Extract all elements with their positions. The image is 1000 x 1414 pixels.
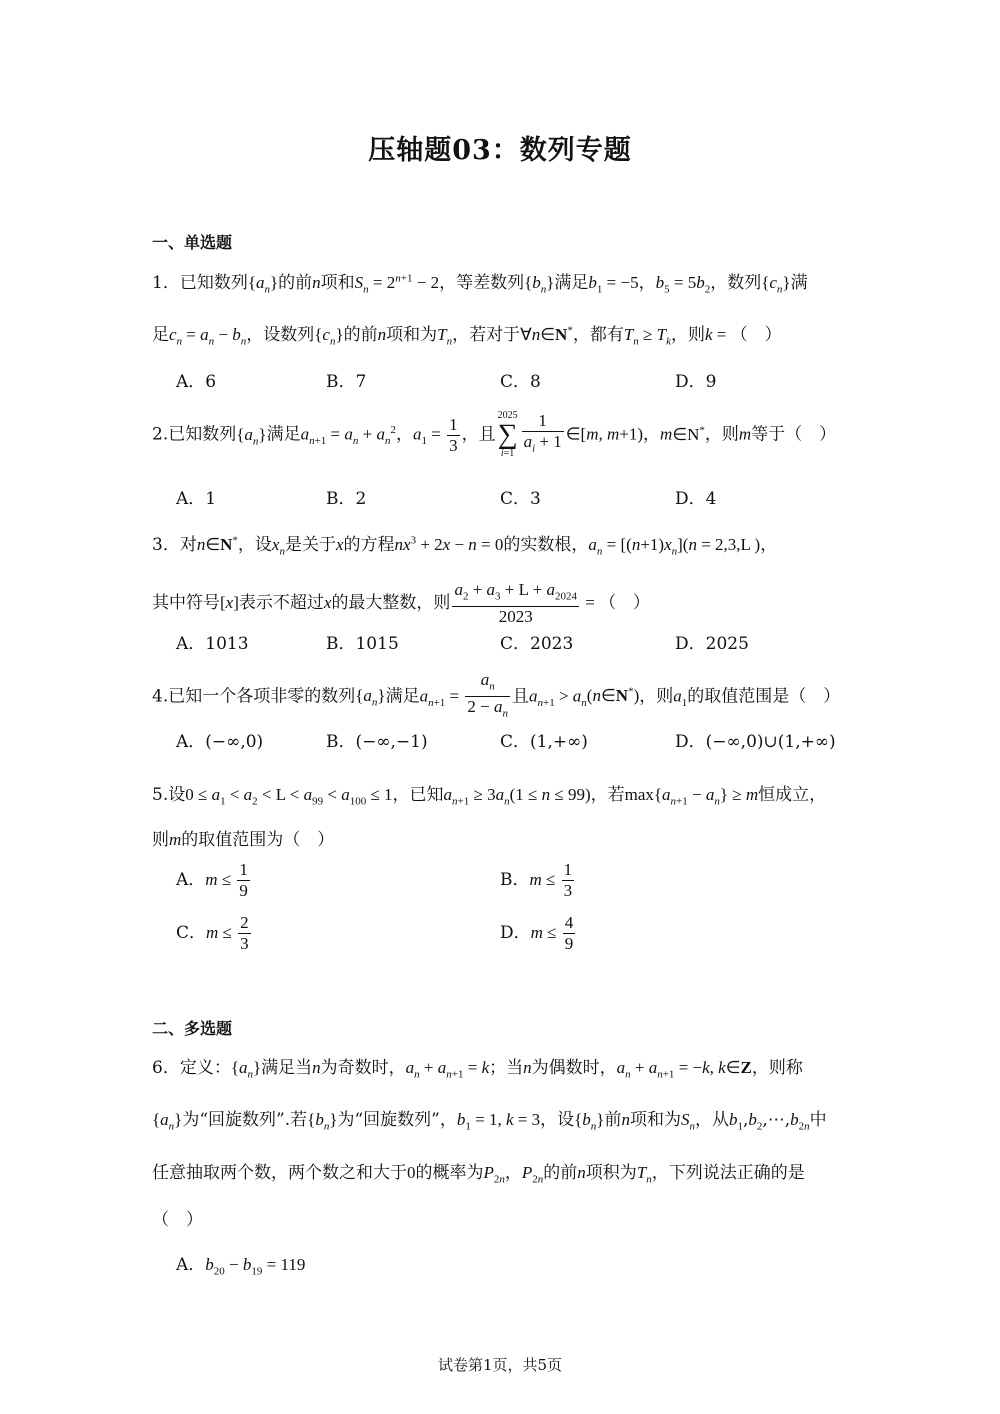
- q1-option-a: A．6: [176, 367, 216, 392]
- q1-option-b: B．7: [326, 367, 366, 392]
- question-number: 4.: [152, 686, 168, 706]
- question-6-line-1: 6．定义：{an}满足当n为奇数时，an + an+1 = k；当n为偶数时，a…: [152, 1053, 803, 1080]
- q3-option-b: B．1015: [326, 629, 399, 654]
- question-4-line-1: 4.已知一个各项非零的数列{an}满足an+1 = an2 − an且an+1 …: [152, 670, 840, 724]
- q4-option-b: B．(−∞,−1): [326, 727, 428, 752]
- question-number: 1．: [152, 273, 180, 293]
- q5-option-b: B．m ≤ 13: [500, 860, 576, 901]
- q5-option-c: C．m ≤ 23: [176, 913, 253, 954]
- q1-option-c: C．8: [500, 367, 541, 392]
- q3-option-c: C．2023: [500, 629, 573, 654]
- question-5-line-2: 则m的取值范围为（ ）: [152, 825, 334, 850]
- section-heading-single-choice: 一、单选题: [152, 230, 232, 253]
- question-number: 3．: [152, 535, 180, 555]
- question-number: 2.: [152, 425, 168, 445]
- q2-option-b: B．2: [326, 484, 366, 509]
- section-heading-multiple-choice: 二、多选题: [152, 1016, 232, 1039]
- q3-option-a: A．1013: [176, 629, 249, 654]
- page-title: 压轴题03：数列专题: [0, 128, 1000, 167]
- question-number: 5.: [152, 785, 168, 805]
- q2-option-d: D．4: [675, 484, 716, 509]
- question-3-line-2: 其中符号[x]表示不超过x的最大整数，则a2 + a3 + L + a20242…: [152, 580, 650, 627]
- question-2-line-1: 2.已知数列{an}满足an+1 = an + an2，a1 = 13，且202…: [152, 410, 836, 460]
- question-number: 6．: [152, 1058, 180, 1078]
- question-6-line-4: （ ）: [152, 1205, 203, 1230]
- q4-option-a: A．(−∞,0): [176, 727, 263, 752]
- question-1-line-1: 1．已知数列{an}的前n项和Sn = 2n+1 − 2，等差数列{bn}满足b…: [152, 268, 808, 295]
- q4-option-c: C．(1,+∞): [500, 727, 588, 752]
- question-1-line-2: 足cn = an − bn，设数列{cn}的前n项和为Tn，若对于∀n∈N*，都…: [152, 320, 782, 347]
- exam-page: 压轴题03：数列专题 一、单选题 1．已知数列{an}的前n项和Sn = 2n+…: [0, 0, 1000, 1414]
- question-3-line-1: 3．对n∈N*，设xn是关于x的方程nx3 + 2x − n = 0的实数根，a…: [152, 530, 777, 557]
- page-footer: 试卷第1页，共5页: [0, 1354, 1000, 1375]
- q4-option-d: D．(−∞,0)∪(1,+∞): [675, 727, 836, 752]
- question-5-line-1: 5.设0 ≤ a1 < a2 < L < a99 < a100 ≤ 1，已知an…: [152, 780, 826, 807]
- q5-option-d: D．m ≤ 49: [500, 913, 577, 954]
- question-6-line-3: 任意抽取两个数，两个数之和大于0的概率为P2n，P2n的前n项积为Tn，下列说法…: [152, 1158, 805, 1185]
- question-6-line-2: {an}为“回旋数列”.若{bn}为“回旋数列”，b1 = 1, k = 3，设…: [152, 1105, 827, 1132]
- q3-option-d: D．2025: [675, 629, 749, 654]
- q6-option-a: A．b20 − b19 = 119: [176, 1250, 305, 1277]
- q5-option-a: A．m ≤ 19: [176, 860, 252, 901]
- q2-option-a: A．1: [176, 484, 216, 509]
- q1-option-d: D．9: [675, 367, 716, 392]
- q2-option-c: C．3: [500, 484, 541, 509]
